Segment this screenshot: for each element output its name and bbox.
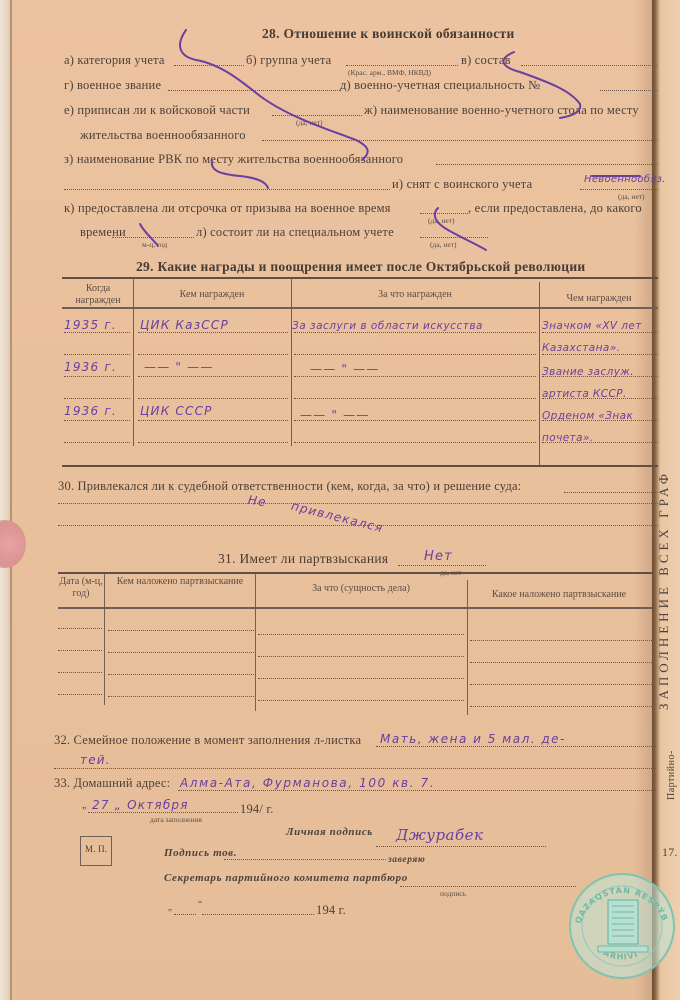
table-29-col-divider-1 xyxy=(133,278,134,446)
field-z-2[interactable] xyxy=(64,189,390,190)
table-31-header-what: Какое наложено партвзыскание xyxy=(468,589,650,601)
label-b: б) группа учета xyxy=(246,53,331,68)
award-when: 1935 г. xyxy=(64,318,117,332)
award-by: ЦИК КазССР xyxy=(140,318,229,332)
certify-label: заверяю xyxy=(388,855,425,865)
sign-month-field[interactable] xyxy=(202,914,314,915)
award-by: ЦИК СССР xyxy=(140,404,213,418)
label-k: к) предоставлена ли отсрочка от призыва … xyxy=(64,201,391,216)
hint-l: (да, нет) xyxy=(430,240,457,249)
secretary-sign-hint: подпись xyxy=(440,889,466,898)
award-what: Значком «XV лет xyxy=(542,320,642,332)
table-31-top-rule xyxy=(58,572,652,574)
table-31-col-divider-1 xyxy=(104,573,105,705)
label-e: е) приписан ли к войсковой части xyxy=(64,103,250,118)
field-e[interactable] xyxy=(272,115,362,116)
label-k-2: , если предоставлена, до какого xyxy=(468,201,642,216)
section-29-title: 29. Какие награды и поощрения имеет посл… xyxy=(136,259,586,275)
sign-year: 194 г. xyxy=(316,903,346,918)
hint-b: (Крас. арм., ВМФ, НКВД) xyxy=(348,68,431,77)
table-31-header-date: Дата (м-ц, год) xyxy=(58,576,104,600)
value-i: Невоеннообяз. xyxy=(584,174,666,185)
table-29-col-divider-2 xyxy=(291,278,292,446)
field-a[interactable] xyxy=(174,65,244,66)
date-quote-close-2: “ xyxy=(198,899,202,909)
secretary-label: Секретарь партийного комитета партбюро xyxy=(164,872,408,884)
fill-date-field[interactable] xyxy=(88,812,238,813)
award-what: почета». xyxy=(542,432,594,444)
table-31-col-divider-2 xyxy=(255,573,256,711)
award-what: Звание заслуж. xyxy=(542,366,634,378)
table-31-header-for: За что (сущность дела) xyxy=(256,583,466,595)
section-28-title: 28. Отношение к воинской обязанности xyxy=(262,26,515,42)
award-when: 1936 г. xyxy=(64,404,117,418)
field-k[interactable] xyxy=(420,213,468,214)
sign-day-field[interactable] xyxy=(174,914,196,915)
fill-date-year: 194/ г. xyxy=(240,802,274,817)
section-30-answer-1: Не xyxy=(247,493,268,509)
fill-date-hint: дата заполнения xyxy=(150,815,202,824)
date-quote-open: „ xyxy=(82,800,87,811)
comrade-signature-field[interactable] xyxy=(224,859,386,860)
label-l: л) состоит ли на специальном учете xyxy=(196,225,394,240)
field-32-line-2[interactable] xyxy=(54,768,656,769)
date-quote-open-2: „ xyxy=(168,902,172,912)
label-zh: ж) наименование военно-учетного стола по… xyxy=(364,103,639,118)
seal-box: М. П. xyxy=(80,836,112,866)
table-29-header-for: За что награжден xyxy=(292,289,538,301)
label-g: г) военное звание xyxy=(64,78,161,93)
field-30-line-1[interactable] xyxy=(58,503,658,504)
seal-label: М. П. xyxy=(85,844,107,854)
field-zh[interactable] xyxy=(262,140,658,141)
table-31-col-divider-3 xyxy=(467,580,468,715)
hint-k: (да, нет) xyxy=(428,216,455,225)
hint-e: (да, нет) xyxy=(296,118,323,127)
fill-date-value: 27 „ Октября xyxy=(92,798,189,812)
right-page-edge: ЗАПОЛНЕНИЕ ВСЕХ ГРАФ Партийно- 17. xyxy=(652,0,680,1000)
field-d[interactable] xyxy=(600,90,657,91)
label-v: в) состав xyxy=(461,53,511,68)
label-a: а) категория учета xyxy=(64,53,165,68)
table-29-col-divider-3 xyxy=(539,282,540,466)
table-29-header-rule xyxy=(62,307,658,309)
right-page-vertical-text: ЗАПОЛНЕНИЕ ВСЕХ ГРАФ xyxy=(656,470,672,710)
field-l[interactable] xyxy=(420,237,488,238)
field-32[interactable] xyxy=(376,746,656,747)
personal-signature-value: Джурабек xyxy=(396,826,483,844)
section-31-answer: Нет xyxy=(424,549,453,564)
label-d: д) военно-учетная специальность № xyxy=(340,78,540,93)
section-33-label: 33. Домашний адрес: xyxy=(54,776,170,791)
field-33[interactable] xyxy=(178,790,656,791)
table-29-bottom-rule xyxy=(62,465,658,467)
field-b[interactable] xyxy=(346,65,458,66)
field-i[interactable] xyxy=(580,189,658,190)
label-zh-2: жительства военнообязанного xyxy=(80,128,246,143)
personal-signature-label: Личная подпись xyxy=(286,826,373,838)
section-33-value: Алма-Ата, Фурманова, 100 кв. 7. xyxy=(180,776,435,790)
table-29-top-rule xyxy=(62,277,658,279)
field-k-time[interactable] xyxy=(112,237,194,238)
right-page-number: 17. xyxy=(662,845,678,860)
comrade-signature-label: Подпись тов. xyxy=(164,847,237,859)
table-29-header-what: Чем награжден xyxy=(540,293,658,305)
award-what: артиста КССР. xyxy=(542,388,627,400)
section-31-title: 31. Имеет ли партвзыскания xyxy=(218,551,388,567)
award-for: —— " —— xyxy=(300,408,370,422)
award-by: —— " —— xyxy=(144,360,214,374)
award-for: За заслуги в области искусства xyxy=(292,320,483,332)
section-30-title: 30. Привлекался ли к судебной ответствен… xyxy=(58,479,521,494)
award-what: Орденом «Знак xyxy=(542,410,633,422)
award-when: 1936 г. xyxy=(64,360,117,374)
label-z: з) наименование РВК по месту жительства … xyxy=(64,152,403,167)
field-v[interactable] xyxy=(521,65,657,66)
section-32-value-2: тей. xyxy=(80,753,111,767)
secretary-signature-field[interactable] xyxy=(400,886,576,887)
table-29-header-by: Кем награжден xyxy=(134,289,290,301)
right-page-side-text: Партийно- xyxy=(666,750,677,800)
field-30-line-0[interactable] xyxy=(564,492,658,493)
table-31-header-rule xyxy=(58,607,652,609)
hint-i: (да, нет) xyxy=(618,192,645,201)
hint-k-time: м-ц, год xyxy=(142,240,167,249)
table-29-header-when: Когда награжден xyxy=(64,283,132,307)
field-31[interactable] xyxy=(398,565,486,566)
field-z[interactable] xyxy=(436,164,658,165)
award-what: Казахстана». xyxy=(542,342,620,354)
section-32-label: 32. Семейное положение в момент заполнен… xyxy=(54,733,361,748)
award-for: —— " —— xyxy=(310,362,380,376)
archive-stamp: QAZAQSTAN RESPÝBLIKASY PREZIDENTINIŃ ARH… xyxy=(566,862,678,980)
label-i: и) снят с воинского учета xyxy=(392,177,532,192)
table-31-header-by: Кем наложено партвзыскание xyxy=(106,576,254,588)
field-g[interactable] xyxy=(168,90,340,91)
section-32-value-1: Мать, жена и 5 мал. де- xyxy=(380,732,566,746)
right-fold-shadow xyxy=(634,0,654,1000)
personal-signature-field[interactable] xyxy=(376,846,546,847)
